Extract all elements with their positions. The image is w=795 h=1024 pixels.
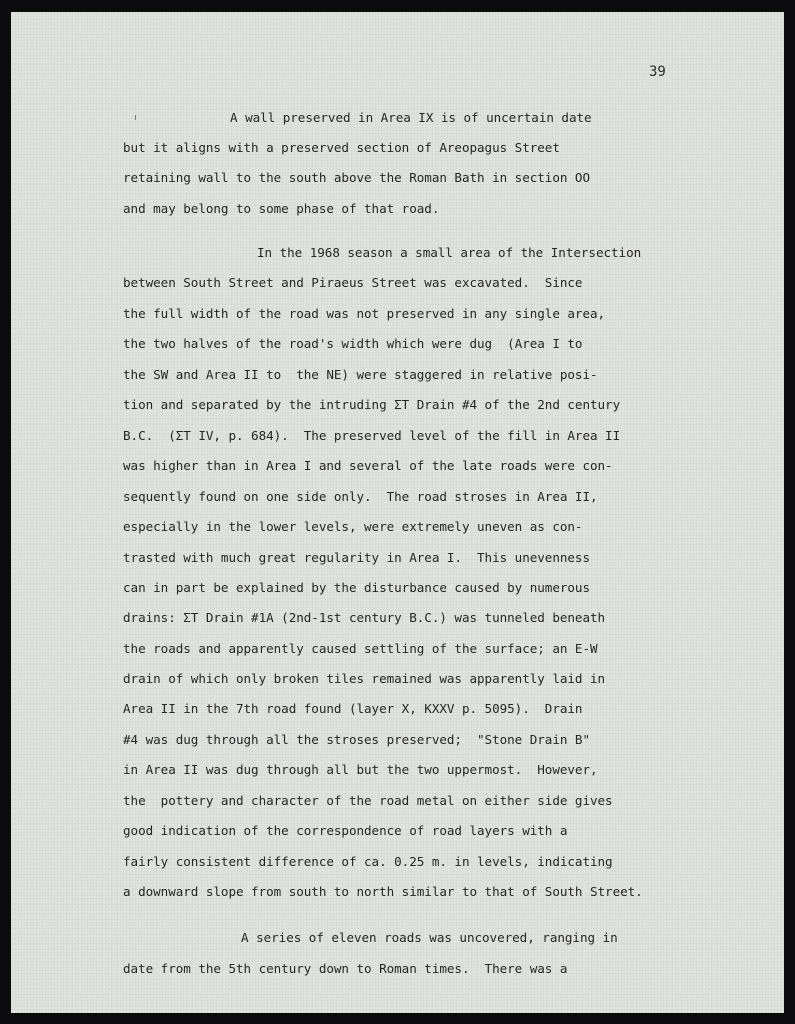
- text-line: date from the 5th century down to Roman …: [123, 961, 567, 977]
- text-line: can in part be explained by the disturba…: [123, 580, 590, 596]
- text-line: the roads and apparently caused settling…: [123, 641, 598, 657]
- text-line: in Area II was dug through all but the t…: [123, 762, 598, 778]
- text-line: B.C. (ΣT IV, p. 684). The preserved leve…: [123, 428, 620, 444]
- text-line: the full width of the road was not prese…: [123, 306, 605, 322]
- text-line: fairly consistent difference of ca. 0.25…: [123, 854, 613, 870]
- text-line: and may belong to some phase of that roa…: [123, 201, 439, 217]
- text-line: but it aligns with a preserved section o…: [123, 140, 560, 156]
- stray-mark: [135, 115, 136, 120]
- text-line: a downward slope from south to north sim…: [123, 884, 643, 900]
- text-line: retaining wall to the south above the Ro…: [123, 170, 590, 186]
- text-line: Area II in the 7th road found (layer X, …: [123, 701, 582, 717]
- text-line: tion and separated by the intruding ΣT D…: [123, 397, 620, 413]
- text-line: the SW and Area II to the NE) were stagg…: [123, 367, 598, 383]
- document-page: 39 A wall preserved in Area IX is of unc…: [11, 12, 784, 1013]
- text-line: the two halves of the road's width which…: [123, 336, 582, 352]
- text-line: the pottery and character of the road me…: [123, 793, 613, 809]
- text-line: especially in the lower levels, were ext…: [123, 519, 582, 535]
- text-line: trasted with much great regularity in Ar…: [123, 550, 590, 566]
- text-line: was higher than in Area I and several of…: [123, 458, 613, 474]
- text-line: A wall preserved in Area IX is of uncert…: [230, 110, 592, 126]
- text-line: between South Street and Piraeus Street …: [123, 275, 582, 291]
- text-line: drains: ΣT Drain #1A (2nd-1st century B.…: [123, 610, 605, 626]
- page-number: 39: [649, 64, 666, 80]
- text-line: sequently found on one side only. The ro…: [123, 489, 598, 505]
- text-line: In the 1968 season a small area of the I…: [257, 245, 641, 261]
- text-line: good indication of the correspondence of…: [123, 823, 567, 839]
- text-line: drain of which only broken tiles remaine…: [123, 671, 605, 687]
- text-line: A series of eleven roads was uncovered, …: [241, 930, 618, 946]
- text-line: #4 was dug through all the stroses prese…: [123, 732, 590, 748]
